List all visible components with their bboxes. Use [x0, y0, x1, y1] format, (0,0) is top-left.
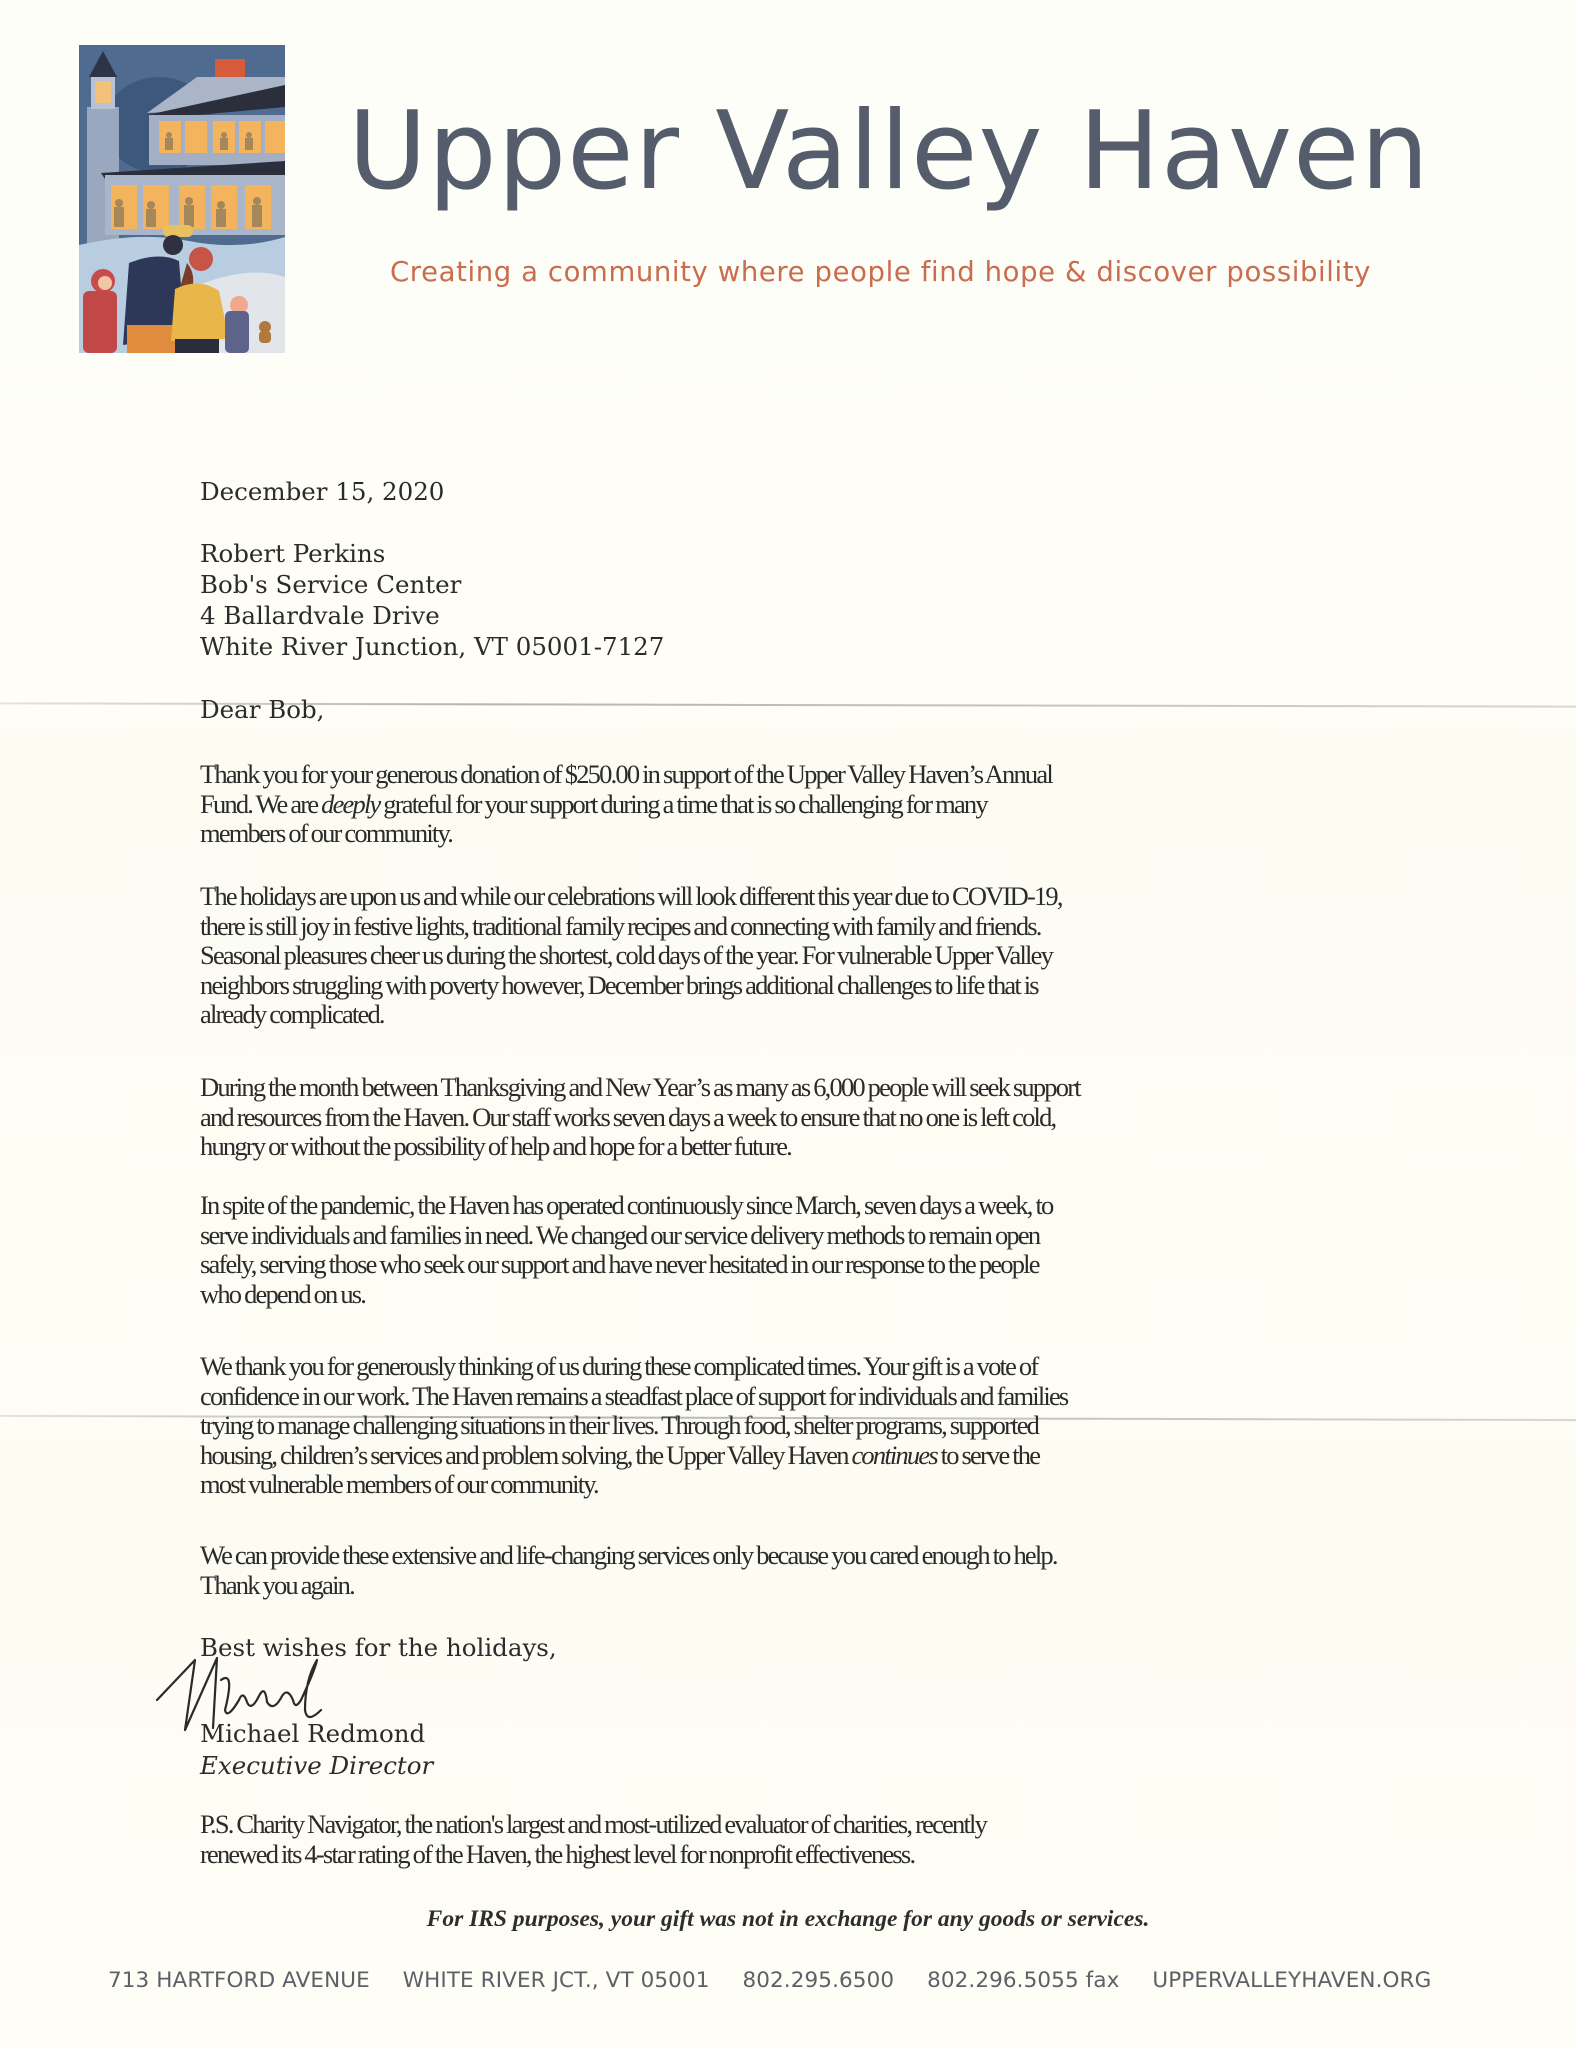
paragraph-line: serve individuals and families in need. …	[200, 1221, 1440, 1251]
paragraph-line: Thank you again.	[200, 1571, 1440, 1601]
postscript: P.S. Charity Navigator, the nation's lar…	[200, 1810, 1440, 1869]
salutation: Dear Bob,	[200, 694, 324, 725]
footer-phone: 802.295.6500	[742, 1968, 894, 1993]
paragraph-line: During the month between Thanksgiving an…	[200, 1073, 1440, 1103]
irs-disclaimer: For IRS purposes, your gift was not in e…	[0, 1906, 1576, 1933]
recipient-name: Robert Perkins	[200, 538, 664, 569]
postscript-line: P.S. Charity Navigator, the nation's lar…	[200, 1810, 1440, 1840]
paragraph-line: hungry or without the possibility of hel…	[200, 1132, 1440, 1162]
recipient-city: White River Junction, VT 05001-7127	[200, 631, 664, 662]
paragraph-line: In spite of the pandemic, the Haven has …	[200, 1191, 1440, 1221]
body-paragraph: The holidays are upon us and while our c…	[200, 882, 1440, 1030]
paragraph-line: and resources from the Haven. Our staff …	[200, 1103, 1440, 1133]
footer-fax: 802.296.5055 fax	[927, 1968, 1119, 1993]
postscript-line: renewed its 4-star rating of the Haven, …	[200, 1840, 1440, 1870]
paragraph-line: Fund. We are deeply grateful for your su…	[200, 790, 1440, 820]
recipient-street: 4 Ballardvale Drive	[200, 600, 664, 631]
paragraph-line: who depend on us.	[200, 1280, 1440, 1310]
paragraph-line: We thank you for generously thinking of …	[200, 1352, 1440, 1382]
footer-street: 713 HARTFORD AVENUE	[108, 1968, 370, 1993]
footer-website[interactable]: UPPERVALLEYHAVEN.ORG	[1152, 1968, 1431, 1993]
paragraph-line: confidence in our work. The Haven remain…	[200, 1382, 1440, 1412]
paragraph-line: housing, children’s services and problem…	[200, 1441, 1440, 1471]
paragraph-line: trying to manage challenging situations …	[200, 1411, 1440, 1441]
paragraph-line: Seasonal pleasures cheer us during the s…	[200, 941, 1440, 971]
paragraph-line: neighbors struggling with poverty howeve…	[200, 971, 1440, 1001]
letter-date: December 15, 2020	[200, 476, 444, 507]
organization-tagline: Creating a community where people find h…	[390, 256, 1371, 288]
logo-illustration	[79, 45, 285, 353]
body-paragraph: In spite of the pandemic, the Haven has …	[200, 1191, 1440, 1309]
body-paragraph: We thank you for generously thinking of …	[200, 1352, 1440, 1500]
paragraph-line: most vulnerable members of our community…	[200, 1470, 1440, 1500]
recipient-address: Robert Perkins Bob's Service Center 4 Ba…	[200, 538, 664, 662]
paragraph-line: Thank you for your generous donation of …	[200, 760, 1440, 790]
emphasis: deeply	[321, 789, 379, 819]
paragraph-line: there is still joy in festive lights, tr…	[200, 912, 1440, 942]
recipient-company: Bob's Service Center	[200, 569, 664, 600]
footer-city: WHITE RIVER JCT., VT 05001	[403, 1968, 710, 1993]
paragraph-line: safely, serving those who seek our suppo…	[200, 1250, 1440, 1280]
family-house-icon	[79, 45, 285, 353]
body-paragraph: Thank you for your generous donation of …	[200, 760, 1440, 849]
paragraph-line: The holidays are upon us and while our c…	[200, 882, 1440, 912]
letterhead-footer: 713 HARTFORD AVENUE WHITE RIVER JCT., VT…	[108, 1968, 1488, 1993]
signer-title: Executive Director	[200, 1750, 433, 1781]
emphasis: continues	[851, 1440, 936, 1470]
paragraph-line: already complicated.	[200, 1000, 1440, 1030]
body-paragraph: We can provide these extensive and life-…	[200, 1541, 1440, 1600]
body-paragraph: During the month between Thanksgiving an…	[200, 1073, 1440, 1162]
signer-name: Michael Redmond	[200, 1718, 425, 1749]
paragraph-line: members of our community.	[200, 819, 1440, 849]
paragraph-line: We can provide these extensive and life-…	[200, 1541, 1440, 1571]
organization-name: Upper Valley Haven	[348, 98, 1498, 206]
